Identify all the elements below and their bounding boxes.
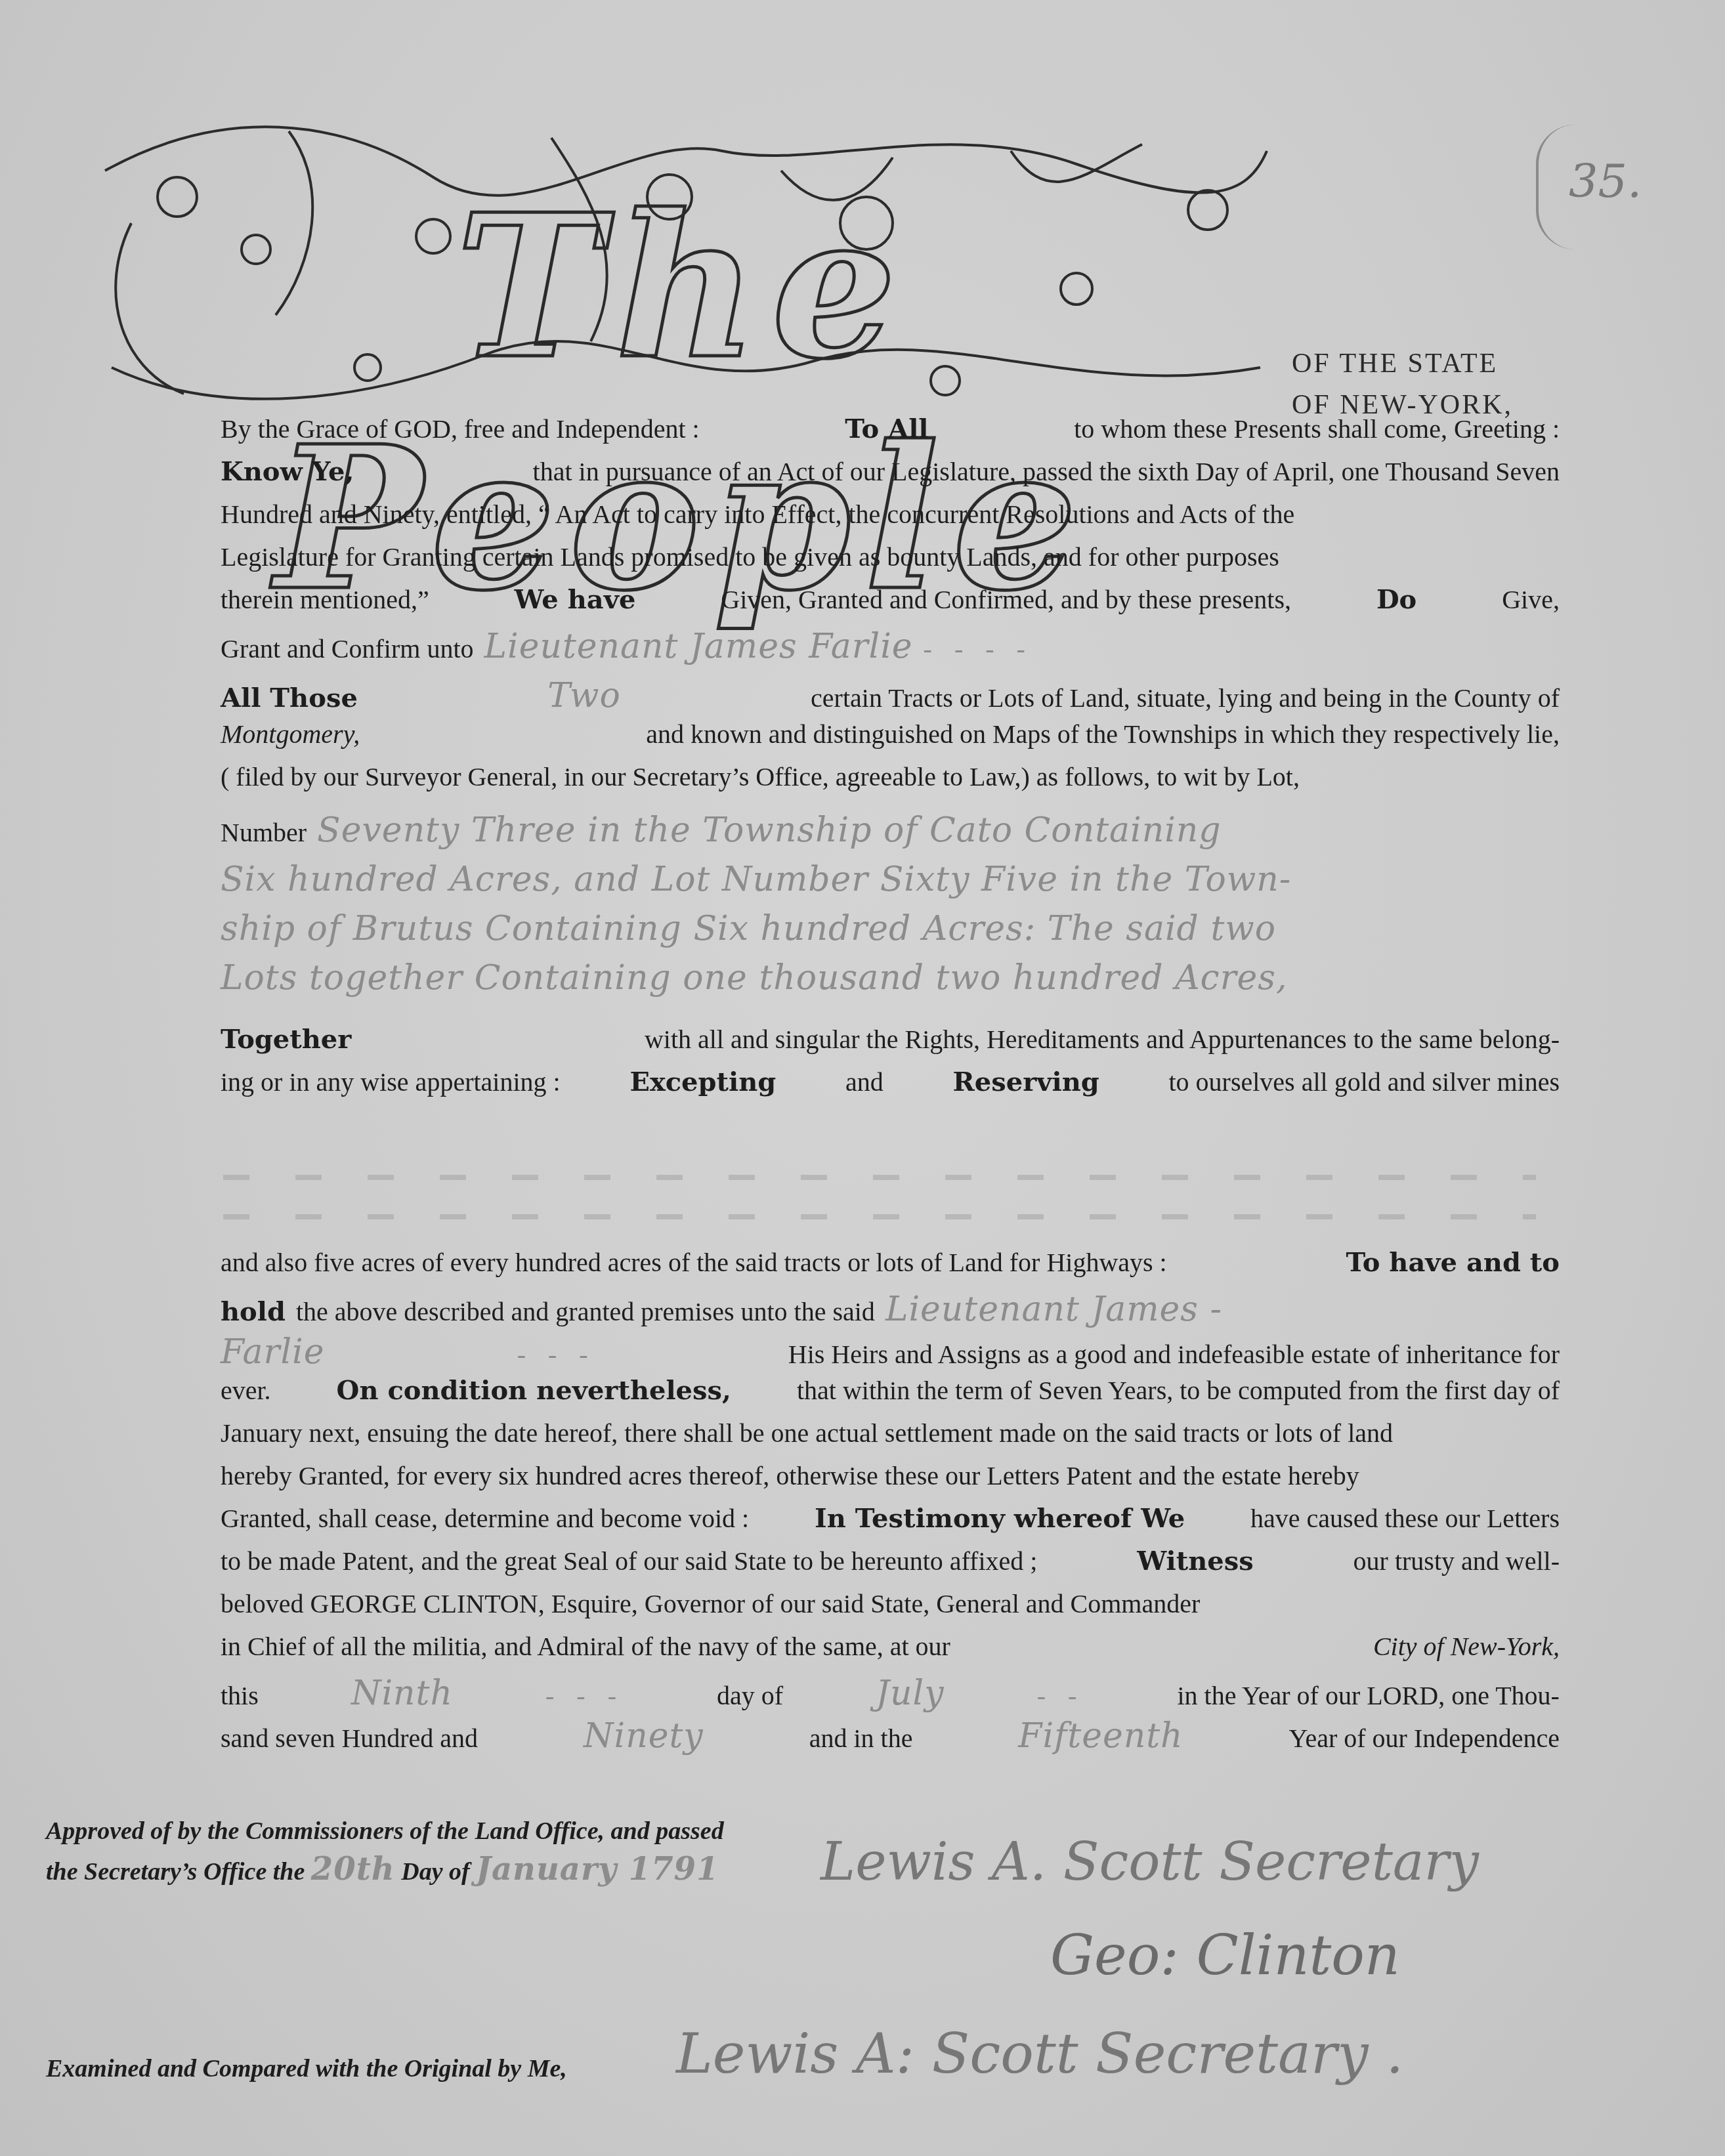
printed-text: Legislature for Granting certain Lands p… (221, 541, 1279, 572)
blank-fill-line (223, 1175, 1536, 1180)
body-line: Legislature for Granting certain Lands p… (221, 541, 1560, 572)
body-line: holdthe above described and granted prem… (221, 1290, 1560, 1329)
body-line: therein mentioned,”We haveGiven, Granted… (221, 584, 1560, 615)
printed-text: therein mentioned,” (221, 584, 429, 615)
printed-text: certain Tracts or Lots of Land, situate,… (811, 683, 1560, 713)
blackletter-phrase: All Those (221, 683, 358, 713)
printed-text: Given, Granted and Confirmed, and by the… (721, 584, 1291, 615)
body-line: in Chief of all the militia, and Admiral… (221, 1631, 1560, 1662)
blackletter-phrase: Reserving (953, 1067, 1099, 1097)
handwritten-entry: Fifteenth (1018, 1716, 1183, 1756)
blank-fill-line (223, 1214, 1536, 1219)
examined-note: Examined and Compared with the Original … (46, 2054, 567, 2083)
body-line: ship of Brutus Containing Six hundred Ac… (221, 909, 1560, 948)
body-line: ( filed by our Surveyor General, in our … (221, 761, 1560, 792)
body-line: and also five acres of every hundred acr… (221, 1247, 1560, 1278)
handwritten-entry: Lots together Containing one thousand tw… (221, 958, 1288, 998)
body-line: hereby Granted, for every six hundred ac… (221, 1460, 1560, 1491)
printed-text: day of (717, 1680, 783, 1711)
handwritten-entry: Six hundred Acres, and Lot Number Sixty … (221, 860, 1291, 899)
body-line: Granted, shall cease, determine and beco… (221, 1503, 1560, 1534)
blackletter-phrase: Know Ye, (221, 456, 354, 487)
blackletter-phrase: Witness (1137, 1546, 1253, 1576)
printed-text: Year of our Independence (1289, 1723, 1560, 1754)
printed-text: to whom these Presents shall come, Greet… (1074, 413, 1560, 444)
printed-text: hereby Granted, for every six hundred ac… (221, 1460, 1359, 1491)
printed-text: Granted, shall cease, determine and beco… (221, 1503, 749, 1534)
blackletter-phrase: Together (221, 1024, 351, 1055)
printed-text: Hundred and Ninety, entitled, “ An Act t… (221, 499, 1294, 530)
approval-day: 20th (311, 1851, 395, 1888)
body-line: All ThoseTwocertain Tracts or Lots of La… (221, 676, 1560, 715)
printed-text: and in the (809, 1723, 913, 1754)
ornamental-title: The People (92, 92, 1273, 420)
fill-dashes: - - - - (924, 633, 1033, 664)
printed-text: to ourselves all gold and silver mines (1169, 1067, 1560, 1097)
printed-text: in Chief of all the militia, and Admiral… (221, 1631, 950, 1662)
printed-text: Number (221, 817, 307, 848)
body-line: sand seven Hundred andNinetyand in theFi… (221, 1716, 1560, 1756)
fill-dashes: - - - (545, 1680, 624, 1711)
handwritten-entry: Seventy Three in the Township of Cato Co… (317, 811, 1221, 850)
body-line: Farlie- - -His Heirs and Assigns as a go… (221, 1332, 1560, 1372)
body-line: beloved GEORGE CLINTON, Esquire, Governo… (221, 1588, 1560, 1619)
state-line-1: OF THE STATE (1292, 348, 1498, 379)
printed-text: His Heirs and Assigns as a good and inde… (788, 1339, 1560, 1370)
body-line: January next, ensuing the date hereof, t… (221, 1418, 1560, 1448)
fill-dashes: - - (1037, 1680, 1085, 1711)
approval-note-line-1: Approved of by the Commissioners of the … (46, 1817, 724, 1846)
printed-text: this (221, 1680, 259, 1711)
page-number: 35. (1569, 154, 1642, 208)
handwritten-entry: Two (547, 676, 621, 715)
printed-text: that in pursuance of an Act of our Legis… (533, 456, 1560, 487)
approval-note-line-2: the Secretary’s Office the 20th Day of J… (46, 1851, 719, 1888)
blackletter-phrase: To have and to (1346, 1247, 1560, 1278)
printed-text: our trusty and well- (1353, 1546, 1560, 1576)
printed-text: with all and singular the Rights, Heredi… (645, 1024, 1560, 1055)
body-line: to be made Patent, and the great Seal of… (221, 1546, 1560, 1576)
printed-text: have caused these our Letters (1250, 1503, 1560, 1534)
blackletter-phrase: We have (515, 584, 636, 615)
printed-text: in the Year of our LORD, one Thou- (1177, 1680, 1560, 1711)
blackletter-phrase: Do (1376, 584, 1416, 615)
printed-text: the above described and granted premises… (296, 1296, 875, 1327)
printed-text: sand seven Hundred and (221, 1723, 478, 1754)
blackletter-phrase: hold (221, 1296, 286, 1327)
body-line: ing or in any wise appertaining :Excepti… (221, 1067, 1560, 1097)
body-line: Six hundred Acres, and Lot Number Sixty … (221, 860, 1560, 899)
fill-dashes: - - - (517, 1339, 596, 1370)
blackletter-phrase: In Testimony whereof We (815, 1503, 1185, 1534)
printed-text: ever. (221, 1375, 271, 1406)
handwritten-entry: Lieutenant James Farlie (484, 627, 913, 666)
handwritten-entry: July (876, 1674, 944, 1713)
body-line: Hundred and Ninety, entitled, “ An Act t… (221, 499, 1560, 530)
blackletter-phrase: To All (845, 413, 928, 444)
body-line: NumberSeventy Three in the Township of C… (221, 811, 1560, 850)
handwritten-entry: ship of Brutus Containing Six hundred Ac… (221, 909, 1276, 948)
printed-text: ing or in any wise appertaining : (221, 1067, 561, 1097)
printed-text: Grant and Confirm unto (221, 633, 474, 664)
handwritten-entry: Ninety (584, 1716, 704, 1756)
handwritten-entry: Farlie (221, 1332, 324, 1372)
handwritten-entry: Lieutenant James - (885, 1290, 1222, 1329)
printed-text: Give, (1502, 584, 1560, 615)
body-line: Grant and Confirm untoLieutenant James F… (221, 627, 1560, 666)
printed-text: By the Grace of GOD, free and Independen… (221, 413, 700, 444)
blackletter-phrase: Excepting (629, 1067, 776, 1097)
blackletter-phrase: On condition nevertheless, (337, 1375, 731, 1406)
printed-text: and (845, 1067, 884, 1097)
printed-text: that within the term of Seven Years, to … (797, 1375, 1560, 1406)
printed-text: to be made Patent, and the great Seal of… (221, 1546, 1037, 1576)
italic-phrase: Montgomery, (221, 719, 360, 750)
approval-prefix: the Secretary’s Office the (46, 1858, 305, 1886)
handwritten-entry: Ninth (351, 1674, 453, 1713)
body-line: ever.On condition nevertheless,that with… (221, 1375, 1560, 1406)
printed-text: and also five acres of every hundred acr… (221, 1247, 1167, 1278)
secretary-signature: Lewis A. Scott Secretary (820, 1831, 1479, 1892)
printed-text: beloved GEORGE CLINTON, Esquire, Governo… (221, 1588, 1200, 1619)
body-line: Lots together Containing one thousand tw… (221, 958, 1560, 998)
approval-mid: Day of (401, 1858, 469, 1886)
printed-text: and known and distinguished on Maps of t… (646, 719, 1560, 750)
printed-text: ( filed by our Surveyor General, in our … (221, 761, 1300, 792)
body-line: Montgomery,and known and distinguished o… (221, 719, 1560, 750)
approval-date: January 1791 (476, 1851, 719, 1888)
governor-signature: Geo: Clinton (1050, 1923, 1400, 1987)
body-line: thisNinth- - -day ofJuly- -in the Year o… (221, 1674, 1560, 1713)
body-line: By the Grace of GOD, free and Independen… (221, 413, 1560, 444)
body-line: Togetherwith all and singular the Rights… (221, 1024, 1560, 1055)
italic-phrase: City of New-York, (1373, 1631, 1560, 1662)
printed-text: January next, ensuing the date hereof, t… (221, 1418, 1393, 1448)
document-page: 35. The People OF THE STATE OF NEW-YORK,… (0, 0, 1725, 2156)
body-line: Know Ye,that in pursuance of an Act of o… (221, 456, 1560, 487)
examined-signature: Lewis A: Scott Secretary . (676, 2021, 1403, 2086)
